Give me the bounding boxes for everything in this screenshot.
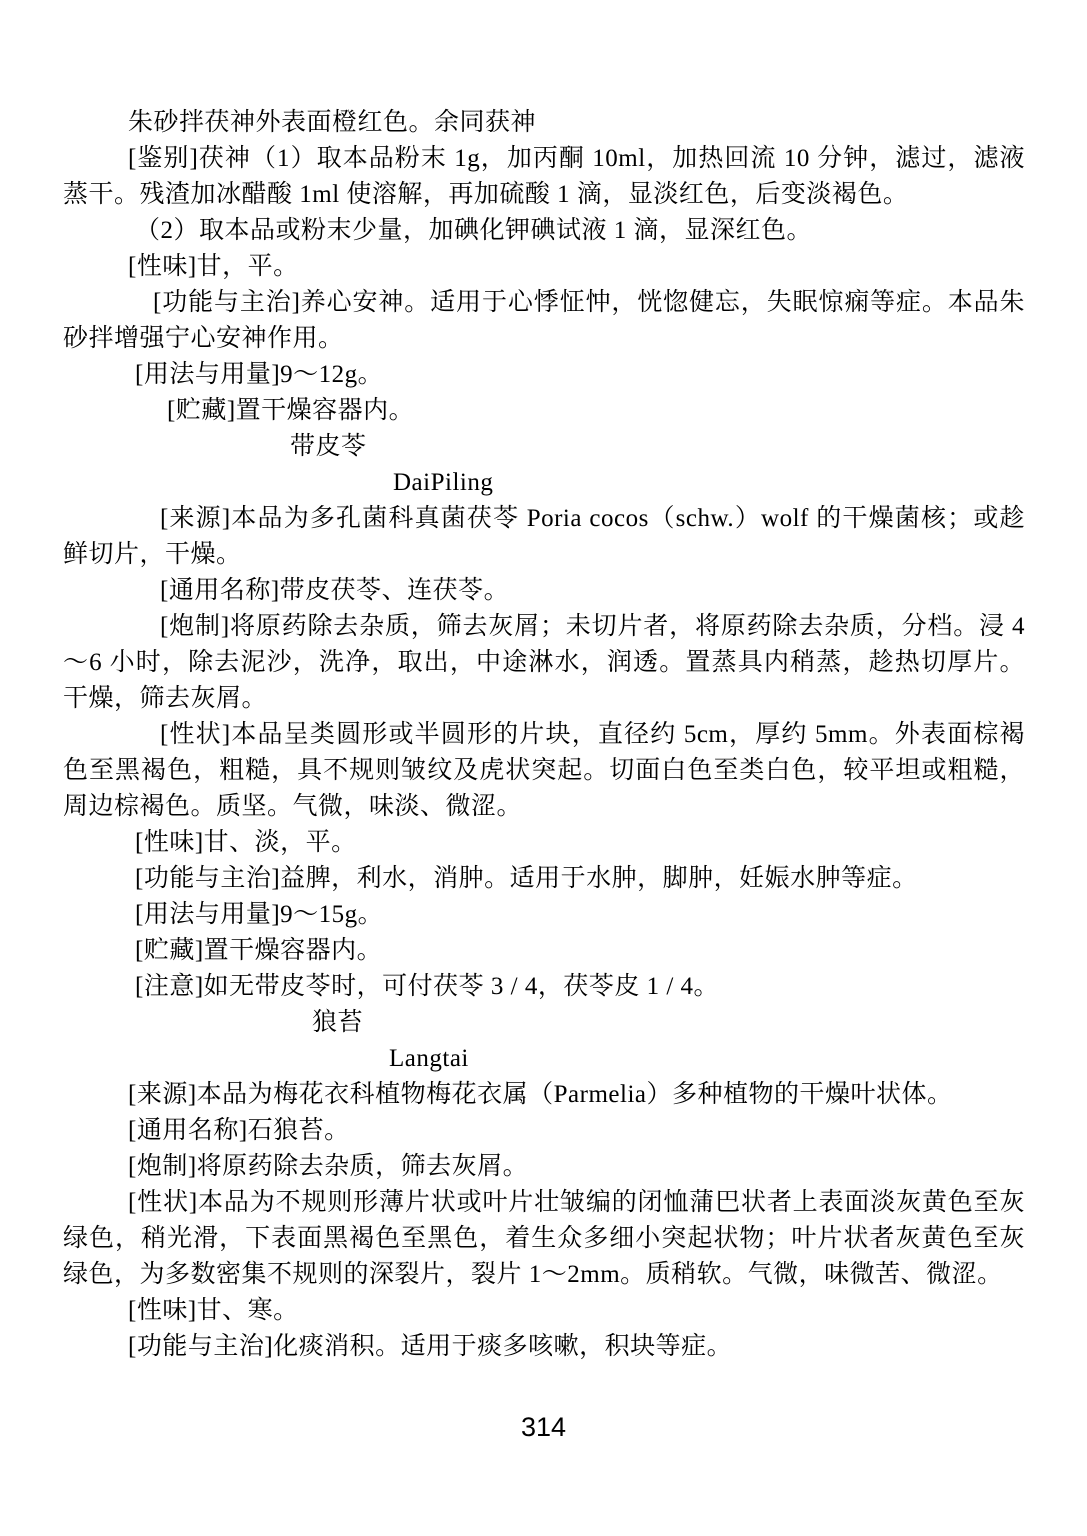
paragraph: [性味]甘、淡，平。: [63, 825, 1025, 861]
paragraph: [贮藏]置干燥容器内。: [63, 933, 1025, 969]
section-title-cn: 狼苔: [63, 1005, 1025, 1041]
paragraph: （2）取本品或粉末少量，加碘化钾碘试液 1 滴，显深红色。: [63, 213, 1025, 249]
paragraph: [功能与主治]养心安神。适用于心悸怔忡，恍惚健忘，失眠惊痫等症。本品朱砂拌增强宁…: [63, 285, 1025, 357]
paragraph: [通用名称]带皮茯苓、连茯苓。: [63, 573, 1025, 609]
section-title-pinyin: DaiPiling: [63, 465, 1025, 501]
paragraph: [性味]甘、寒。: [63, 1293, 1025, 1329]
paragraph: [性味]甘，平。: [63, 249, 1025, 285]
paragraph: [来源]本品为多孔菌科真菌茯苓 Poria cocos（schw.）wolf 的…: [63, 501, 1025, 573]
page-number: 314: [0, 1412, 1087, 1443]
document-page: 朱砂拌茯神外表面橙红色。余同获神[鉴别]茯神（1）取本品粉末 1g，加丙酮 10…: [0, 0, 1087, 1536]
paragraph: 朱砂拌茯神外表面橙红色。余同获神: [63, 105, 1025, 141]
paragraph: [通用名称]石狼苔。: [63, 1113, 1025, 1149]
paragraph: [来源]本品为梅花衣科植物梅花衣属（Parmelia）多种植物的干燥叶状体。: [63, 1077, 1025, 1113]
document-text-block: 朱砂拌茯神外表面橙红色。余同获神[鉴别]茯神（1）取本品粉末 1g，加丙酮 10…: [63, 105, 1025, 1365]
paragraph: [贮藏]置干燥容器内。: [63, 393, 1025, 429]
section-title-cn: 带皮苓: [63, 429, 1025, 465]
paragraph: [用法与用量]9～15g。: [63, 897, 1025, 933]
paragraph: [炮制]将原药除去杂质，筛去灰屑。: [63, 1149, 1025, 1185]
paragraph: [性状]本品为不规则形薄片状或叶片壮皱编的闭恤蒲巴状者上表面淡灰黄色至灰绿色，稍…: [63, 1185, 1025, 1293]
section-title-pinyin: Langtai: [63, 1041, 1025, 1077]
paragraph: [炮制]将原药除去杂质，筛去灰屑；未切片者，将原药除去杂质，分档。浸 4～6 小…: [63, 609, 1025, 717]
paragraph: [性状]本品呈类圆形或半圆形的片块，直径约 5cm，厚约 5mm。外表面棕褐色至…: [63, 717, 1025, 825]
paragraph: [功能与主治]益脾，利水，消肿。适用于水肿，脚肿，妊娠水肿等症。: [63, 861, 1025, 897]
paragraph: [鉴别]茯神（1）取本品粉末 1g，加丙酮 10ml，加热回流 10 分钟，滤过…: [63, 141, 1025, 213]
paragraph: [用法与用量]9～12g。: [63, 357, 1025, 393]
paragraph: [注意]如无带皮苓时，可付茯苓 3 / 4，茯苓皮 1 / 4。: [63, 969, 1025, 1005]
paragraph: [功能与主治]化痰消积。适用于痰多咳嗽，积块等症。: [63, 1329, 1025, 1365]
